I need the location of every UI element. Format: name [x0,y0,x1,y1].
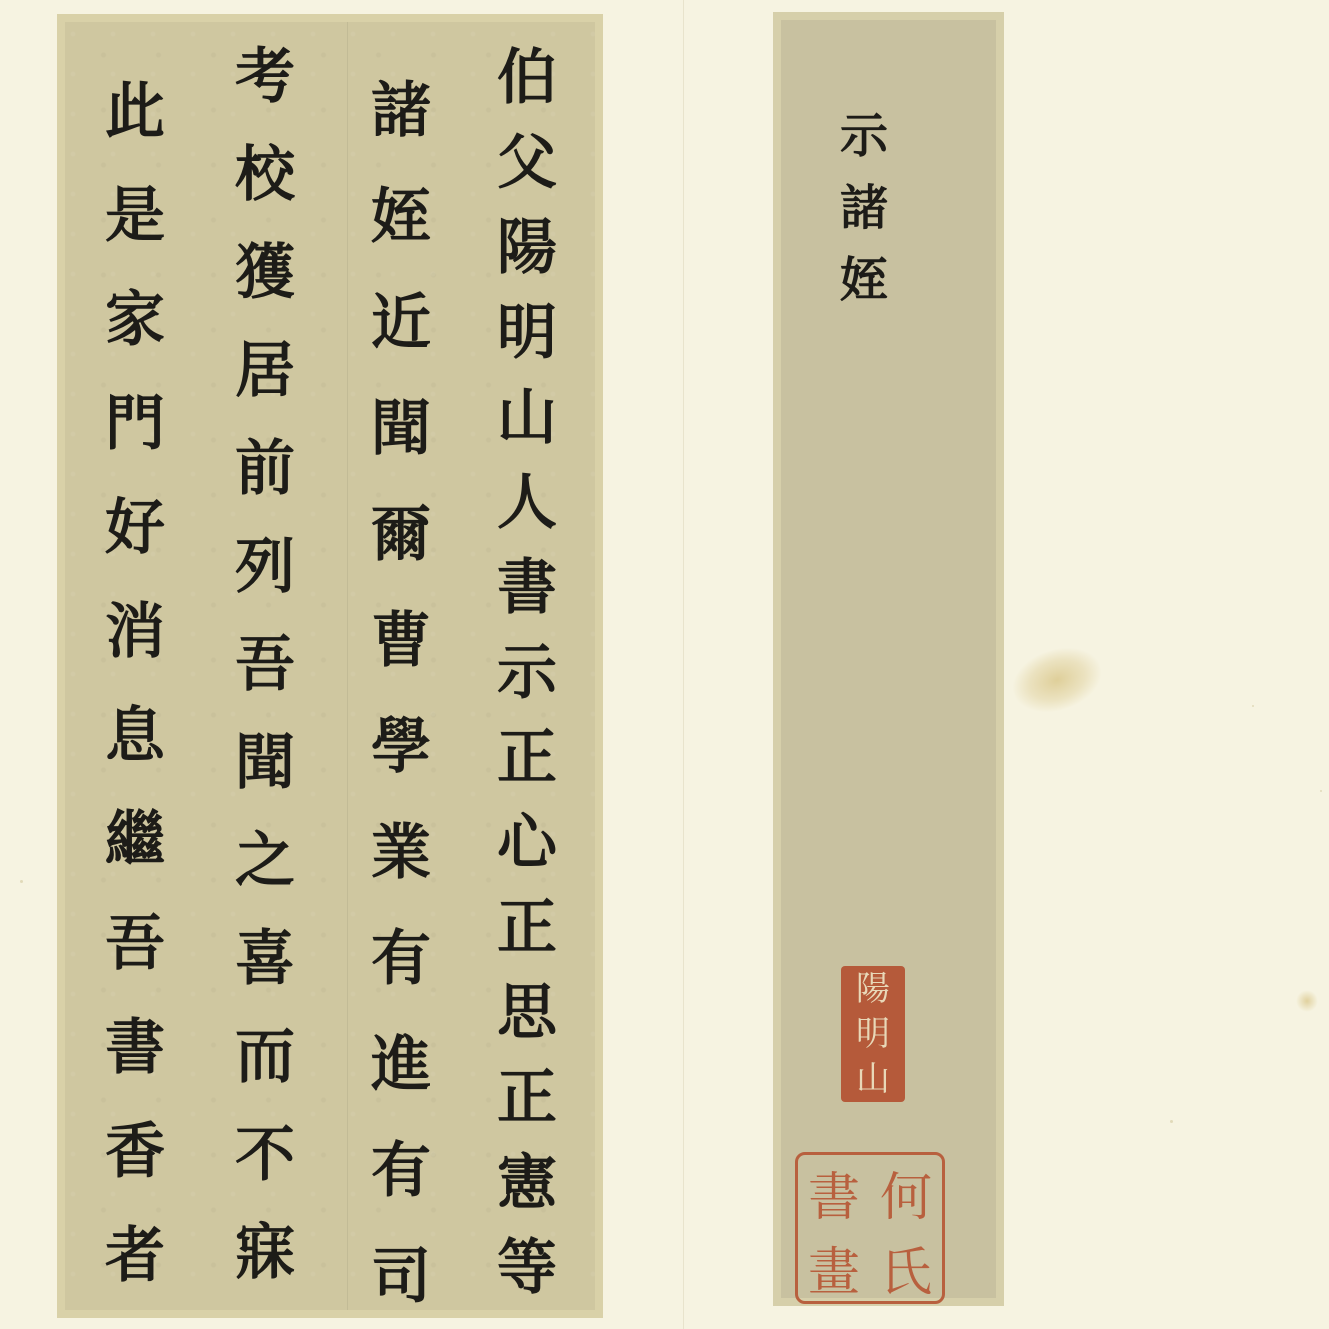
character: 聞 [225,714,305,812]
character: 之 [225,812,305,910]
character: 書 [95,996,175,1100]
text-column-4: 此 是 家 門 好 消 息 繼 吾 書 香 者 [95,60,175,1308]
character: 門 [95,372,175,476]
character: 陽 [487,206,567,291]
calligraphy-paper: 伯 父 陽 明 山 人 書 示 正 心 正 思 正 憲 等 諸 姪 近 聞 爾 … [65,22,595,1310]
character: 人 [487,461,567,546]
paper-stain [1296,990,1318,1012]
character: 吾 [225,616,305,714]
character: 獲 [225,224,305,322]
character: 司 [361,1224,441,1329]
character: 等 [487,1226,567,1311]
seal-character: 陽 [856,969,890,1009]
character: 爾 [361,482,441,588]
paper-speck [1252,705,1254,707]
character: 吾 [95,892,175,996]
character: 業 [361,800,441,906]
character: 息 [95,684,175,788]
title-strip: 示 諸 姪 陽 明 山 書 何 畫 氏 [773,12,1004,1306]
character: 姪 [829,244,899,316]
paper-stain [1005,638,1109,723]
character: 而 [225,1008,305,1106]
text-column-1: 伯 父 陽 明 山 人 書 示 正 心 正 思 正 憲 等 [487,36,567,1311]
character: 近 [361,270,441,376]
character: 考 [225,28,305,126]
character: 喜 [225,910,305,1008]
character: 列 [225,518,305,616]
character: 諸 [361,58,441,164]
intaglio-seal: 陽 明 山 [841,966,905,1102]
character: 父 [487,121,567,206]
character: 校 [225,126,305,224]
character: 有 [361,1118,441,1224]
character: 香 [95,1100,175,1204]
character: 心 [487,801,567,886]
character: 好 [95,476,175,580]
character: 寐 [225,1204,305,1302]
text-column-3: 考 校 獲 居 前 列 吾 聞 之 喜 而 不 寐 [225,28,305,1302]
relief-seal: 書 何 畫 氏 [795,1152,945,1304]
character: 正 [487,716,567,801]
paper-seam [347,22,348,1310]
paper-speck [20,880,23,883]
character: 聞 [361,376,441,482]
character: 示 [487,631,567,716]
character: 書 [487,546,567,631]
character: 明 [487,291,567,376]
title-text: 示 諸 姪 [829,100,899,316]
character: 有 [361,906,441,1012]
paper-speck [1170,1120,1173,1123]
paper-speck [1320,790,1322,792]
character: 不 [225,1106,305,1204]
calligraphy-main-panel: 伯 父 陽 明 山 人 書 示 正 心 正 思 正 憲 等 諸 姪 近 聞 爾 … [57,14,603,1318]
seal-character: 氏 [880,1230,932,1305]
character: 山 [487,376,567,461]
character: 家 [95,268,175,372]
character: 姪 [361,164,441,270]
character: 諸 [829,172,899,244]
character: 正 [487,886,567,971]
character: 前 [225,420,305,518]
character: 者 [95,1204,175,1308]
character: 是 [95,164,175,268]
character: 曹 [361,588,441,694]
character: 消 [95,580,175,684]
seal-character: 明 [856,1014,890,1054]
character: 示 [829,100,899,172]
seal-character: 何 [880,1155,932,1230]
seal-character: 畫 [808,1230,860,1305]
character: 正 [487,1056,567,1141]
character: 繼 [95,788,175,892]
character: 此 [95,60,175,164]
character: 思 [487,971,567,1056]
character: 憲 [487,1141,567,1226]
character: 進 [361,1012,441,1118]
character: 伯 [487,36,567,121]
seal-character: 山 [856,1059,890,1099]
text-column-2: 諸 姪 近 聞 爾 曹 學 業 有 進 有 司 [361,58,441,1329]
seal-character: 書 [808,1155,860,1230]
character: 學 [361,694,441,800]
character: 居 [225,322,305,420]
fold-line [683,0,684,1329]
title-paper: 示 諸 姪 陽 明 山 書 何 畫 氏 [781,20,996,1298]
